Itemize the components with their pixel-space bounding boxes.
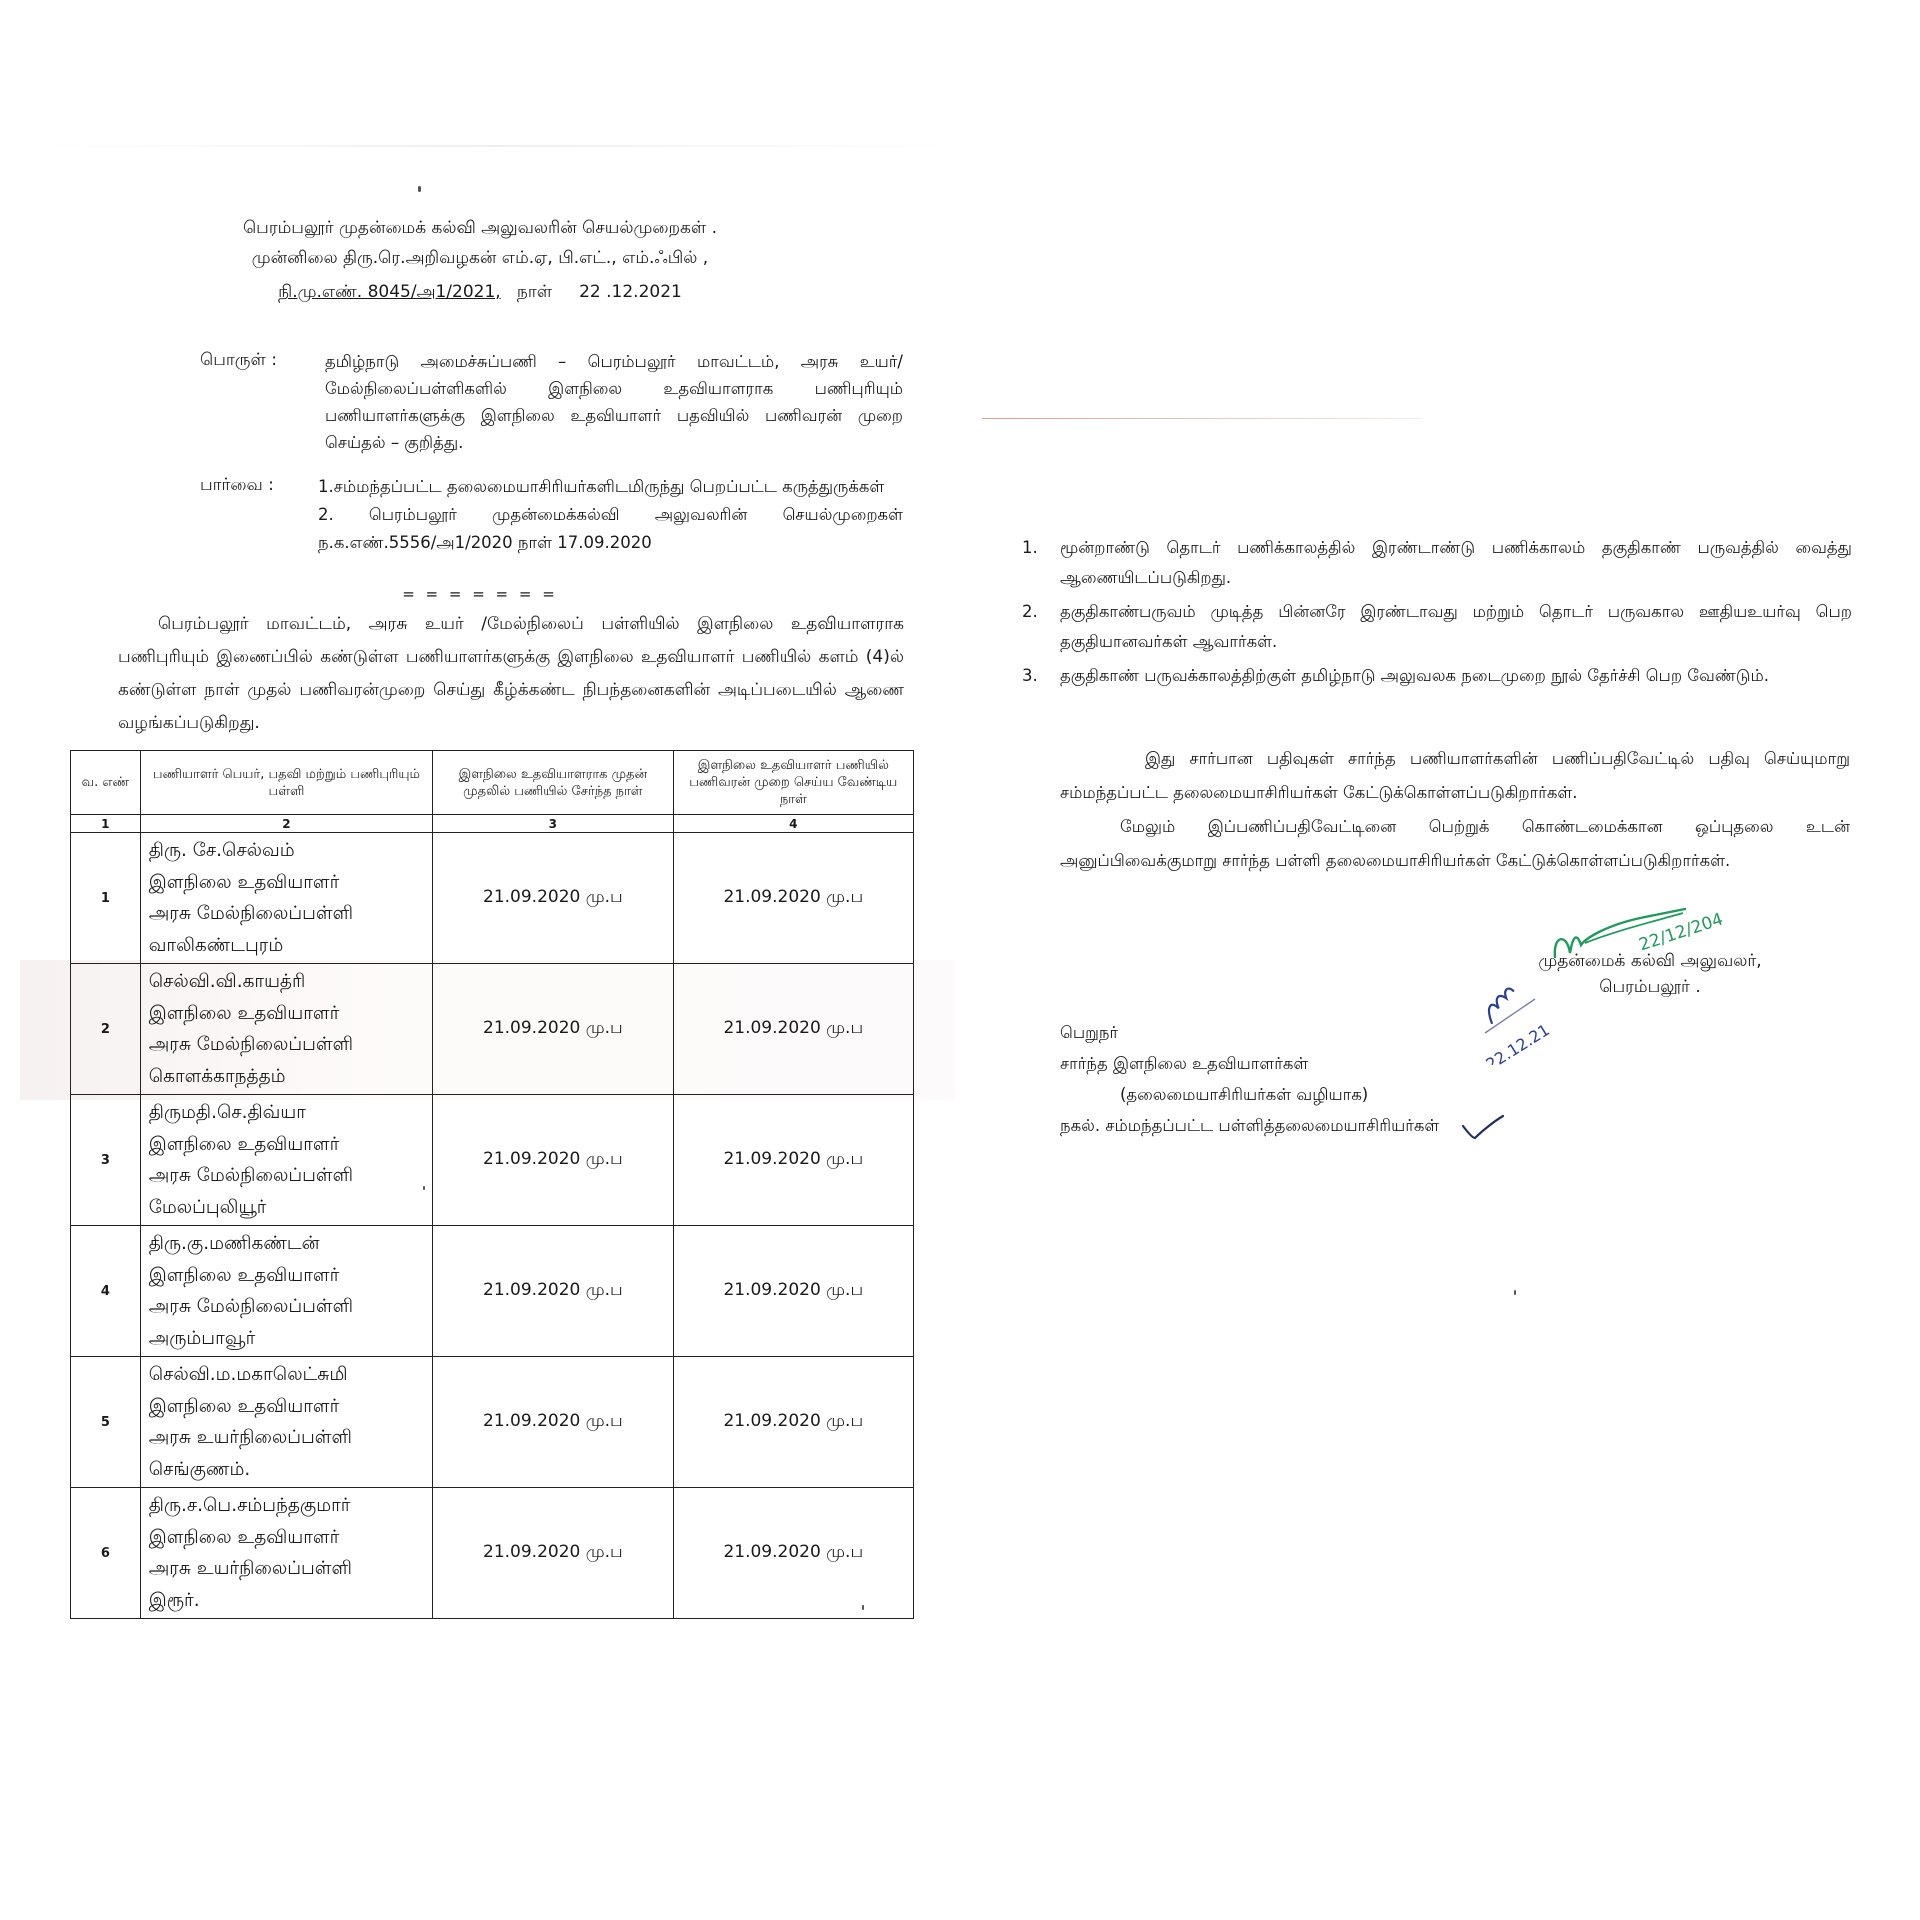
regularise-date: 21.09.2020 மு.ப xyxy=(673,964,913,1095)
recipients-block: பெறுநர் சார்ந்த இளநிலை உதவியாளர்கள் (தலை… xyxy=(1060,1017,1505,1141)
column-number-row: 1 2 3 4 xyxy=(71,815,914,833)
staff-details: செல்வி.ம.மகாலெட்சுமிஇளநிலை உதவியாளர்அரசு… xyxy=(140,1357,432,1488)
table-row: 4திரு.கு.மணிகண்டன்இளநிலை உதவியாளர்அரசு ம… xyxy=(71,1226,914,1357)
scan-artifact-line xyxy=(982,418,1422,419)
regularise-date: 21.09.2020 மு.ப xyxy=(673,1226,913,1357)
staff-details: திருமதி.செ.திவ்யாஇளநிலை உதவியாளர்அரசு மே… xyxy=(140,1095,432,1226)
subject-text: தமிழ்நாடு அமைச்சுப்பணி – பெரம்பலூர் மாவட… xyxy=(325,348,903,456)
right-page: 1.மூன்றாண்டு தொடர் பணிக்காலத்தில் இரண்டா… xyxy=(960,0,1920,1920)
column-number: 4 xyxy=(673,815,913,833)
reference-item: 2. பெரம்பலூர் முதன்மைக்கல்வி அலுவலரின் ச… xyxy=(318,501,903,557)
staff-school: அரசு உயர்நிலைப்பள்ளி xyxy=(149,1422,424,1454)
joined-date: 21.09.2020 மு.ப xyxy=(433,833,673,964)
table-row: 3திருமதி.செ.திவ்யாஇளநிலை உதவியாளர்அரசு ம… xyxy=(71,1095,914,1226)
reference-line: நி.மு.எண். 8045/அ1/2021, நாள் 22 .12.202… xyxy=(0,282,960,304)
date-label: நாள் xyxy=(517,282,552,302)
staff-place: செங்குணம். xyxy=(149,1454,424,1486)
table-row: 6திரு.ச.பெ.சம்பந்தகுமார்இளநிலை உதவியாளர்… xyxy=(71,1488,914,1619)
table-row: 2செல்வி.வி.காயத்ரிஇளநிலை உதவியாளர்அரசு ம… xyxy=(71,964,914,1095)
recipient-label: பெறுநர் xyxy=(1060,1017,1505,1048)
staff-post: இளநிலை உதவியாளர் xyxy=(149,1129,424,1161)
staff-name: திரு. சே.செல்வம் xyxy=(149,835,424,867)
staff-post: இளநிலை உதவியாளர் xyxy=(149,1260,424,1292)
signatory-designation: முதன்மைக் கல்வி அலுவலர், xyxy=(1500,948,1800,974)
staff-name: திரு.ச.பெ.சம்பந்தகுமார் xyxy=(149,1490,424,1522)
regularise-date: 21.09.2020 மு.ப xyxy=(673,833,913,964)
staff-post: இளநிலை உதவியாளர் xyxy=(149,1522,424,1554)
condition-number: 2. xyxy=(1022,597,1038,627)
condition-item: 2.தகுதிகாண்பருவம் முடித்த பின்னரே இரண்டா… xyxy=(1022,597,1852,657)
staff-details: திரு.ச.பெ.சம்பந்தகுமார்இளநிலை உதவியாளர்அ… xyxy=(140,1488,432,1619)
recipient-to: சார்ந்த இளநிலை உதவியாளர்கள் xyxy=(1060,1048,1505,1079)
stray-mark xyxy=(862,1605,864,1610)
staff-details: செல்வி.வி.காயத்ரிஇளநிலை உதவியாளர்அரசு மே… xyxy=(140,964,432,1095)
joined-date: 21.09.2020 மு.ப xyxy=(433,1095,673,1226)
separator: = = = = = = = xyxy=(0,585,960,603)
staff-place: வாலிகண்டபுரம் xyxy=(149,930,424,962)
header-regularise: இளநிலை உதவியாளர் பணியில் பணிவரன் முறை செ… xyxy=(673,751,913,815)
reference-number: நி.மு.எண். 8045/அ1/2021, xyxy=(278,282,501,302)
closing-paragraph: மேலும் இப்பணிப்பதிவேட்டினை பெற்றுக் கொண்… xyxy=(1060,810,1850,878)
staff-place: அரும்பாவூர் xyxy=(149,1323,424,1355)
regularise-date: 21.09.2020 மு.ப xyxy=(673,1488,913,1619)
order-paragraph: பெரம்பலூர் மாவட்டம், அரசு உயர் /மேல்நிலை… xyxy=(118,608,904,740)
recipient-copy-line: நகல். சம்மந்தப்பட்ட பள்ளித்தலைமையாசிரியர… xyxy=(1060,1110,1505,1141)
condition-text: தகுதிகாண்பருவம் முடித்த பின்னரே இரண்டாவத… xyxy=(1060,602,1852,651)
reference-label: பார்வை : xyxy=(200,475,274,497)
staff-name: திருமதி.செ.திவ்யா xyxy=(149,1097,424,1129)
row-serial: 3 xyxy=(71,1095,141,1226)
staff-post: இளநிலை உதவியாளர் xyxy=(149,1391,424,1423)
regularise-date: 21.09.2020 மு.ப xyxy=(673,1095,913,1226)
staff-school: அரசு மேல்நிலைப்பள்ளி xyxy=(149,1160,424,1192)
joined-date: 21.09.2020 மு.ப xyxy=(433,1488,673,1619)
staff-details: திரு. சே.செல்வம்இளநிலை உதவியாளர்அரசு மேல… xyxy=(140,833,432,964)
date-value: 22 .12.2021 xyxy=(579,282,682,302)
condition-item: 3.தகுதிகாண் பருவக்காலத்திற்குள் தமிழ்நாட… xyxy=(1022,661,1852,691)
left-page: பெரம்பலூர் முதன்மைக் கல்வி அலுவலரின் செய… xyxy=(0,0,960,1920)
staff-school: அரசு மேல்நிலைப்பள்ளி xyxy=(149,1029,424,1061)
row-serial: 2 xyxy=(71,964,141,1095)
presiding-officer: முன்னிலை திரு.ரெ.அறிவழகன் எம்.ஏ, பி.எட்.… xyxy=(0,248,960,270)
office-title: பெரம்பலூர் முதன்மைக் கல்வி அலுவலரின் செய… xyxy=(0,218,960,240)
subject-label: பொருள் : xyxy=(200,350,277,372)
staff-name: செல்வி.ம.மகாலெட்சுமி xyxy=(149,1359,424,1391)
conditions-list: 1.மூன்றாண்டு தொடர் பணிக்காலத்தில் இரண்டா… xyxy=(1022,533,1852,695)
staff-post: இளநிலை உதவியாளர் xyxy=(149,998,424,1030)
row-serial: 4 xyxy=(71,1226,141,1357)
header-sno: வ. எண் xyxy=(71,751,141,815)
stray-mark xyxy=(418,186,421,192)
table-row: 5செல்வி.ம.மகாலெட்சுமிஇளநிலை உதவியாளர்அரச… xyxy=(71,1357,914,1488)
staff-name: செல்வி.வி.காயத்ரி xyxy=(149,966,424,998)
row-serial: 5 xyxy=(71,1357,141,1488)
reference-item: 1.சம்மந்தப்பட்ட தலைமையாசிரியர்களிடமிருந்… xyxy=(318,473,903,501)
staff-place: கொளக்காநத்தம் xyxy=(149,1061,424,1093)
staff-place: மேலப்புலியூர் xyxy=(149,1192,424,1224)
condition-item: 1.மூன்றாண்டு தொடர் பணிக்காலத்தில் இரண்டா… xyxy=(1022,533,1852,593)
joined-date: 21.09.2020 மு.ப xyxy=(433,964,673,1095)
table-header-row: வ. எண் பணியாளர் பெயர், பதவி மற்றும் பணிப… xyxy=(71,751,914,815)
recipient-via: (தலைமையாசிரியர்கள் வழியாக) xyxy=(1060,1079,1505,1110)
condition-number: 1. xyxy=(1022,533,1038,563)
closing-section: இது சார்பான பதிவுகள் சார்ந்த பணியாளர்களி… xyxy=(1060,742,1850,878)
joined-date: 21.09.2020 மு.ப xyxy=(433,1226,673,1357)
closing-paragraph: இது சார்பான பதிவுகள் சார்ந்த பணியாளர்களி… xyxy=(1060,742,1850,810)
column-number: 3 xyxy=(433,815,673,833)
row-serial: 1 xyxy=(71,833,141,964)
condition-number: 3. xyxy=(1022,661,1038,691)
staff-school: அரசு உயர்நிலைப்பள்ளி xyxy=(149,1553,424,1585)
stray-mark xyxy=(423,1186,425,1190)
condition-text: மூன்றாண்டு தொடர் பணிக்காலத்தில் இரண்டாண்… xyxy=(1060,538,1852,587)
scan-artifact xyxy=(40,145,950,147)
staff-name: திரு.கு.மணிகண்டன் xyxy=(149,1228,424,1260)
staff-post: இளநிலை உதவியாளர் xyxy=(149,867,424,899)
header-name: பணியாளர் பெயர், பதவி மற்றும் பணிபுரியும்… xyxy=(140,751,432,815)
regularise-date: 21.09.2020 மு.ப xyxy=(673,1357,913,1488)
staff-place: இரூர். xyxy=(149,1585,424,1617)
staff-school: அரசு மேல்நிலைப்பள்ளி xyxy=(149,898,424,930)
joined-date: 21.09.2020 மு.ப xyxy=(433,1357,673,1488)
checkmark-icon xyxy=(1461,1114,1505,1140)
table-row: 1திரு. சே.செல்வம்இளநிலை உதவியாளர்அரசு மே… xyxy=(71,833,914,964)
column-number: 1 xyxy=(71,815,141,833)
stray-mark xyxy=(1514,1290,1516,1295)
staff-school: அரசு மேல்நிலைப்பள்ளி xyxy=(149,1291,424,1323)
column-number: 2 xyxy=(140,815,432,833)
recipient-copy: நகல். சம்மந்தப்பட்ட பள்ளித்தலைமையாசிரியர… xyxy=(1060,1116,1439,1135)
condition-text: தகுதிகாண் பருவக்காலத்திற்குள் தமிழ்நாடு … xyxy=(1060,666,1769,685)
staff-table: வ. எண் பணியாளர் பெயர், பதவி மற்றும் பணிப… xyxy=(70,750,914,1619)
row-serial: 6 xyxy=(71,1488,141,1619)
header-joined: இளநிலை உதவியாளராக முதன் முதலில் பணியில் … xyxy=(433,751,673,815)
reference-list: 1.சம்மந்தப்பட்ட தலைமையாசிரியர்களிடமிருந்… xyxy=(318,473,903,557)
staff-details: திரு.கு.மணிகண்டன்இளநிலை உதவியாளர்அரசு மே… xyxy=(140,1226,432,1357)
